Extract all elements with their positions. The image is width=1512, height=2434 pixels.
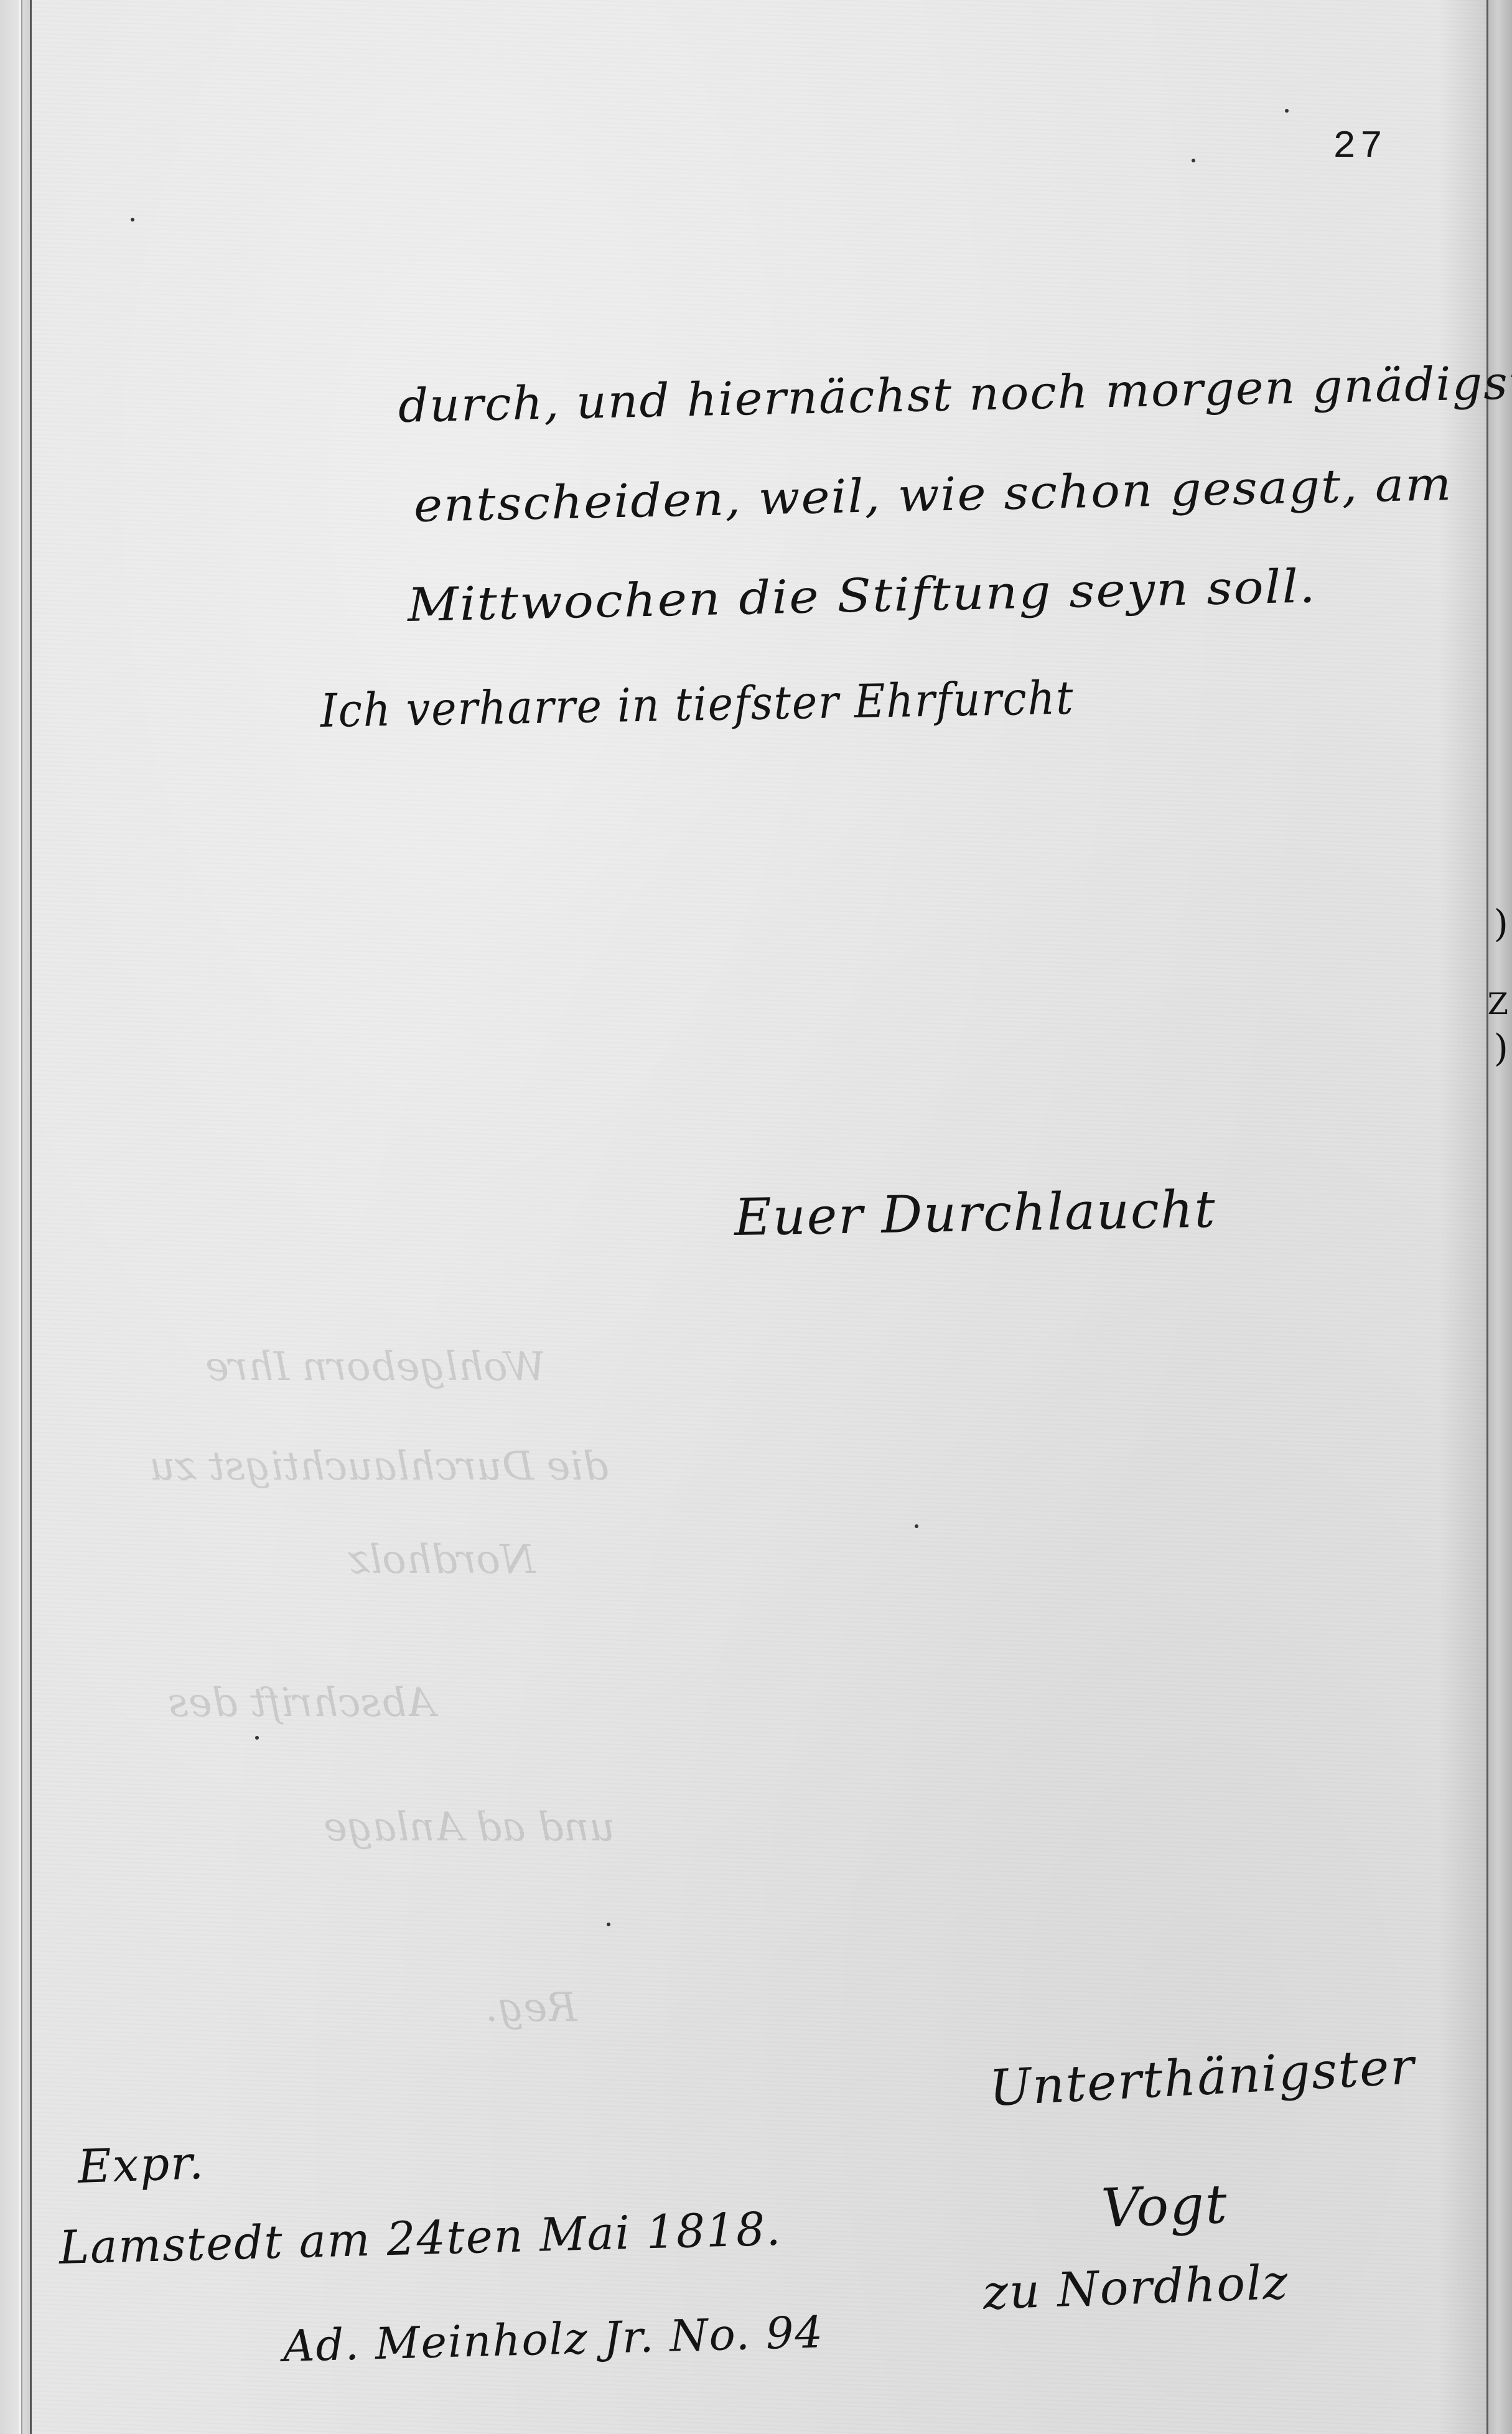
bleed-through-text: Reg. <box>485 1985 577 2031</box>
paper-speck <box>915 1524 918 1528</box>
closing-line-1: Unterthänigster <box>988 2037 1417 2117</box>
page-number: 27 <box>1333 124 1386 169</box>
paper-speck <box>255 1736 259 1740</box>
annotation-line-2: Lamstedt am 24ten Mai 1818. <box>58 2203 782 2275</box>
bleed-through-text: die Durchlauchtigst zu <box>149 1443 609 1490</box>
bleed-through-text: Nordholz <box>348 1537 535 1583</box>
bleed-through-text: und ad Anlage <box>324 1804 615 1850</box>
annotation-line-1: Expr. <box>77 2136 205 2194</box>
body-line-4: Ich verharre in tiefster Ehrfurcht <box>320 671 1075 738</box>
annotation-line-3: Ad. Meinholz Jr. No. 94 <box>282 2306 824 2372</box>
body-line-3: Mittwochen die Stiftung seyn soll. <box>407 559 1317 632</box>
bleed-through-text: Abschrift des <box>168 1680 436 1726</box>
margin-mark: ) <box>1494 1030 1508 1067</box>
margin-mark: ) <box>1494 905 1508 943</box>
paper-speck <box>1285 109 1289 113</box>
salutation-signature: Euer Durchlaucht <box>734 1180 1216 1247</box>
paper-speck <box>607 1923 610 1926</box>
binding-fold-line <box>19 0 22 2434</box>
bleed-through-text: Wohlgeborn Ihre <box>205 1344 546 1390</box>
paper-speck <box>1192 159 1195 162</box>
paper-speck <box>131 218 134 221</box>
margin-mark: Z <box>1488 989 1508 1019</box>
body-line-1: durch, und hiernächst noch morgen gnädig… <box>398 354 1512 433</box>
closing-line-2: Vogt <box>1100 2173 1229 2240</box>
scanned-page: ) Z ) 27 durch, und hiernächst noch morg… <box>0 0 1512 2434</box>
binding-edge <box>0 0 32 2434</box>
body-line-2: entscheiden, weil, wie schon gesagt, am <box>413 457 1453 533</box>
closing-line-3: zu Nordholz <box>982 2254 1289 2320</box>
